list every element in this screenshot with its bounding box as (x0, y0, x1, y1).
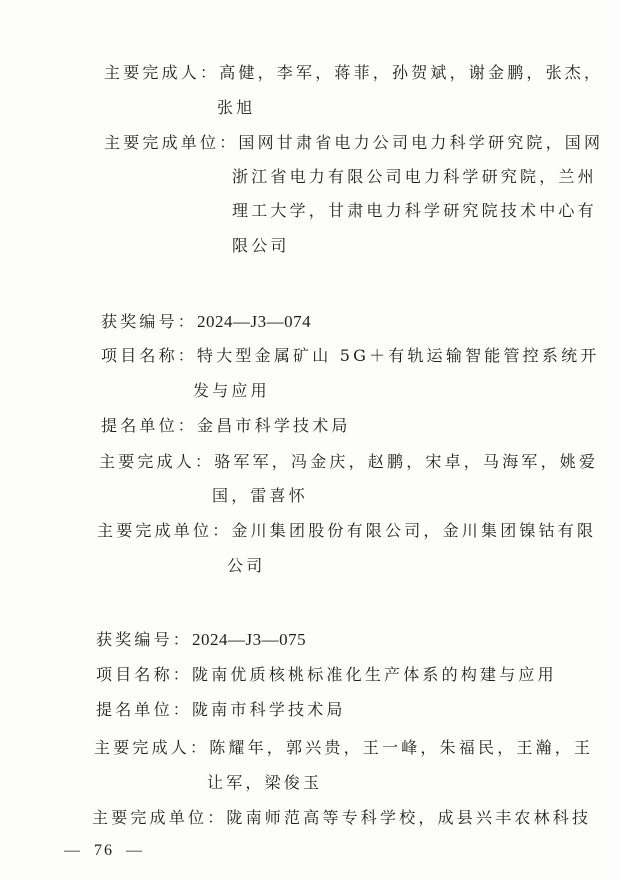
nominator-row: 提名单位：陇南市科学技术局 (96, 700, 346, 720)
project-name-row: 项目名称：陇南优质核桃标准化生产体系的构建与应用 (96, 665, 557, 685)
award-number-row: 获奖编号：2024—J3—075 (96, 630, 306, 650)
award-number-value: 2024—J3—075 (192, 630, 306, 649)
units-value-line-4: 限公司 (232, 236, 290, 256)
units-value-line-1: 金川集团股份有限公司，金川集团镍钴有限 (231, 521, 596, 540)
units-row: 主要完成单位：陇南师范高等专科学校，成县兴丰农林科技 (92, 808, 591, 828)
award-number-value: 2024—J3—074 (197, 312, 311, 331)
nominator-value: 金昌市科学技术局 (197, 416, 351, 435)
project-name-label: 项目名称： (101, 346, 197, 365)
units-row: 主要完成单位：金川集团股份有限公司，金川集团镍钴有限 (97, 521, 596, 541)
project-name-line-2: 发与应用 (193, 381, 270, 401)
project-name-label: 项目名称： (96, 665, 192, 684)
persons-value-line-2: 国，雷喜怀 (212, 486, 308, 506)
persons-row: 主要完成人：高健，李军，蒋菲，孙贺斌，谢金鹏，张杰， (104, 63, 603, 83)
award-number-row: 获奖编号：2024—J3—074 (101, 312, 311, 332)
award-number-label: 获奖编号： (96, 630, 192, 649)
units-label: 主要完成单位： (92, 808, 226, 827)
nominator-value: 陇南市科学技术局 (192, 700, 346, 719)
nominator-label: 提名单位： (101, 416, 197, 435)
project-name-line-1: 特大型金属矿山 5G＋有轨运输智能管控系统开 (197, 346, 599, 365)
nominator-label: 提名单位： (96, 700, 192, 719)
award-number-label: 获奖编号： (101, 312, 197, 331)
persons-label: 主要完成人： (94, 738, 209, 757)
persons-row: 主要完成人：陈耀年，郭兴贵，王一峰，朱福民，王瀚，王 (94, 738, 593, 758)
units-row: 主要完成单位：国网甘肃省电力公司电力科学研究院，国网 (104, 133, 603, 153)
persons-value-line-2: 让军，梁俊玉 (207, 773, 322, 793)
persons-value-line-1: 骆军军，冯金庆，赵鹏，宋卓，马海军，姚爱 (214, 452, 598, 471)
units-value-line-1: 陇南师范高等专科学校，成县兴丰农林科技 (226, 808, 591, 827)
units-value-line-3: 理工大学，甘肃电力科学研究院技术中心有 (232, 201, 597, 221)
nominator-row: 提名单位：金昌市科学技术局 (101, 416, 351, 436)
units-label: 主要完成单位： (97, 521, 231, 540)
units-value-line-1: 国网甘肃省电力公司电力科学研究院，国网 (238, 133, 603, 152)
persons-label: 主要完成人： (104, 63, 219, 82)
persons-label: 主要完成人： (99, 452, 214, 471)
persons-value-line-1: 高健，李军，蒋菲，孙贺斌，谢金鹏，张杰， (219, 63, 603, 82)
units-value-line-2: 浙江省电力有限公司电力科学研究院，兰州 (232, 167, 597, 187)
persons-value-line-1: 陈耀年，郭兴贵，王一峰，朱福民，王瀚，王 (209, 738, 593, 757)
units-label: 主要完成单位： (104, 133, 238, 152)
project-name-row: 项目名称：特大型金属矿山 5G＋有轨运输智能管控系统开 (101, 346, 599, 366)
units-value-line-2: 公司 (227, 556, 265, 576)
persons-value-line-2: 张旭 (217, 98, 255, 118)
page-number: — 76 — (64, 842, 144, 860)
persons-row: 主要完成人：骆军军，冯金庆，赵鹏，宋卓，马海军，姚爱 (99, 452, 598, 472)
document-page: 主要完成人：高健，李军，蒋菲，孙贺斌，谢金鹏，张杰， 张旭 主要完成单位：国网甘… (0, 0, 618, 880)
project-name-line-1: 陇南优质核桃标准化生产体系的构建与应用 (192, 665, 557, 684)
